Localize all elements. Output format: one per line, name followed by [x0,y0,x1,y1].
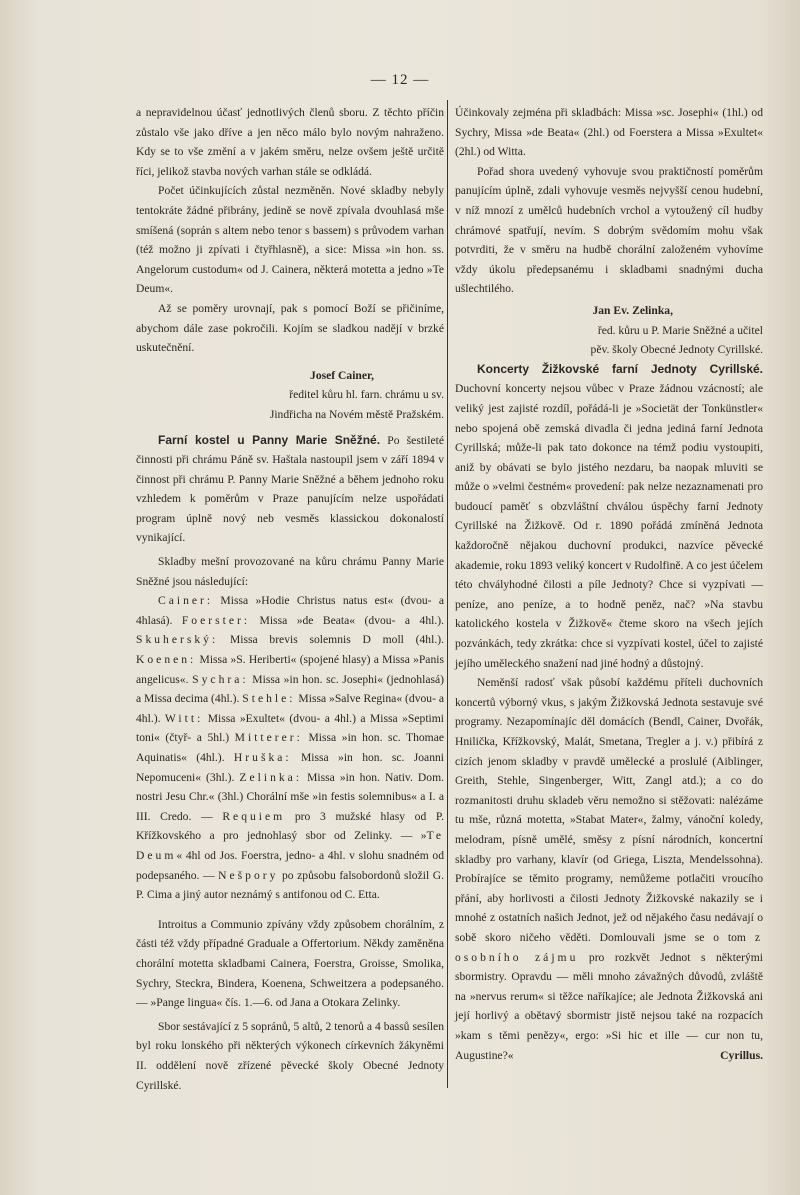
signature-title: pěv. školy Obecné Jednoty Cyrillské. [455,340,763,360]
composer: Mitterer: [235,731,303,744]
column-divider [447,100,448,1088]
composer: Nešpory [218,869,278,882]
paragraph-text: Duchovní koncerty nejsou vůbec v Praze ž… [455,382,763,669]
composer: Foerster: [182,614,250,627]
paragraph-text: Neměnší radosť však působí každému příte… [455,676,763,944]
paragraph-text: Po šestileté činnosti při chrámu Páně sv… [136,434,444,545]
left-column: a nepravidelnou účasť jednotlivých členů… [136,103,444,1095]
signature-name: Jan Ev. Zelinka, [455,301,763,321]
section-heading: Koncerty Žižkovské farní Jednoty Cyrills… [477,362,763,376]
composer: Zelinka: [239,771,302,784]
signature-name: Josef Cainer, [136,366,444,386]
signature-title: řed. kůru u P. Marie Sněžné a učitel [455,321,763,341]
composer: Stehle: [242,692,295,705]
section-paragraph: Koncerty Žižkovské farní Jednoty Cyrills… [455,360,763,674]
paragraph: Skladby mešní provozované na kůru chrámu… [136,552,444,591]
composer: Witt: [165,712,203,725]
composer: Koenen: [136,653,196,666]
paragraph: a nepravidelnou účasť jednotlivých členů… [136,103,444,181]
mass-text: Missa »de Beata« (dvou- a 4hl.). [250,614,444,627]
section-paragraph: Farní kostel u Panny Marie Sněžné. Po še… [136,431,444,549]
composer: Hruška: [234,751,292,764]
composer: Requiem [222,810,285,823]
paragraph: Introitus a Communio zpívány vždy způsob… [136,915,444,1013]
mass-list: Cainer: Missa »Hodie Christus natus est«… [136,591,444,905]
page-number: — 12 — [0,72,800,89]
paragraph: Sbor sestávající z 5 sopránů, 5 altů, 2 … [136,1017,444,1095]
signature-title: ředitel kůru hl. farn. chrámu u sv. [136,385,444,405]
section-heading: Farní kostel u Panny Marie Sněžné. [158,433,380,447]
paragraph-text: pro rozkvět Jednot s některými sbormistr… [455,951,763,1062]
composer: Sychra: [192,673,248,686]
right-column: Účinkovaly zejména při skladbách: Missa … [455,103,763,1066]
composer: Skuherský: [136,633,218,646]
composer: Cainer: [158,594,213,607]
signature-title: Jindřicha na Novém městě Pražském. [136,405,444,425]
paragraph: Účinkovaly zejména při skladbách: Missa … [455,103,763,162]
paragraph: Neměnší radosť však působí každému příte… [455,673,763,1065]
mass-text: Missa brevis solemnis D moll (4hl.). [218,633,444,646]
paragraph: Až se poměry urovnají, pak s pomocí Boží… [136,299,444,358]
paragraph: Počet účinkujících zůstal nezměněn. Nové… [136,181,444,299]
paragraph: Pořad shora uvedený vyhovuje svou prakti… [455,162,763,299]
